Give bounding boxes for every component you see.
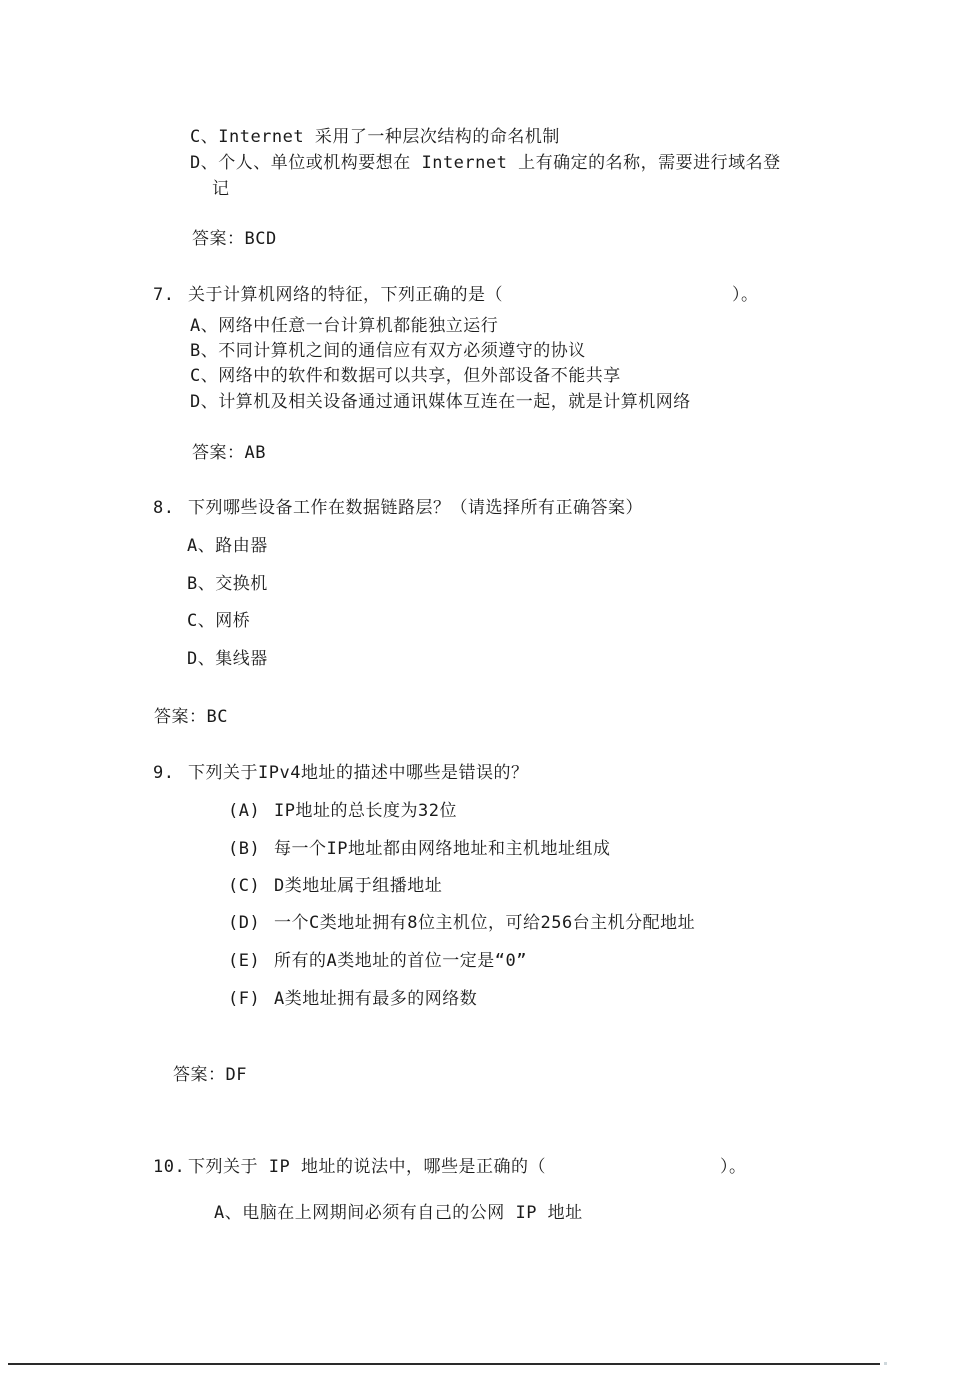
q10-stem-close: ）。 bbox=[720, 1156, 747, 1178]
q7-option-a: A、网络中任意一台计算机都能独立运行 bbox=[190, 315, 498, 337]
q6-option-c: C、Internet 采用了一种层次结构的命名机制 bbox=[190, 126, 560, 148]
q8-answer: 答案：BC bbox=[154, 706, 228, 728]
page-footer-mark bbox=[884, 1362, 887, 1365]
q10-stem: 下列关于 IP 地址的说法中，哪些是正确的（ bbox=[188, 1156, 546, 1178]
q9-option-d-text: 一个C类地址拥有8位主机位，可给256台主机分配地址 bbox=[274, 912, 695, 934]
q8-option-b: B、交换机 bbox=[187, 573, 268, 595]
q10-option-a: A、电脑在上网期间必须有自己的公网 IP 地址 bbox=[214, 1202, 583, 1224]
q9-option-a-text: IP地址的总长度为32位 bbox=[274, 800, 457, 822]
q8-option-c: C、网桥 bbox=[187, 610, 250, 632]
q7-answer: 答案：AB bbox=[192, 442, 266, 464]
q9-option-a-key: (A) bbox=[228, 800, 260, 822]
q9-option-e-key: (E) bbox=[228, 950, 260, 972]
q8-option-a: A、路由器 bbox=[187, 535, 268, 557]
q7-option-b: B、不同计算机之间的通信应有双方必须遵守的协议 bbox=[190, 340, 586, 362]
q10-number: 10. bbox=[153, 1156, 185, 1178]
q9-option-e-text: 所有的A类地址的首位一定是“0” bbox=[274, 950, 527, 972]
q6-option-d: D、个人、单位或机构要想在 Internet 上有确定的名称，需要进行域名登 bbox=[190, 152, 781, 174]
q7-number: 7. bbox=[153, 284, 174, 306]
q9-option-b-key: (B) bbox=[228, 838, 260, 860]
q9-stem: 下列关于IPv4地址的描述中哪些是错误的？ bbox=[188, 762, 528, 784]
q9-option-f-key: (F) bbox=[228, 988, 260, 1010]
q6-answer: 答案：BCD bbox=[192, 228, 277, 250]
page-footer-rule bbox=[8, 1363, 880, 1365]
q9-answer: 答案：DF bbox=[173, 1064, 247, 1086]
q7-stem: 关于计算机网络的特征，下列正确的是（ bbox=[188, 284, 503, 306]
q9-option-c-key: (C) bbox=[228, 875, 260, 897]
q9-option-c-text: D类地址属于组播地址 bbox=[274, 875, 442, 897]
q7-stem-close: ）。 bbox=[732, 284, 759, 306]
q6-option-d-continuation: 记 bbox=[212, 178, 230, 200]
q9-option-d-key: (D) bbox=[228, 912, 260, 934]
q8-stem: 下列哪些设备工作在数据链路层？（请选择所有正确答案） bbox=[188, 497, 643, 519]
q7-option-c: C、网络中的软件和数据可以共享，但外部设备不能共享 bbox=[190, 365, 621, 387]
q9-option-b-text: 每一个IP地址都由网络地址和主机地址组成 bbox=[274, 838, 610, 860]
q9-number: 9. bbox=[153, 762, 174, 784]
q9-option-f-text: A类地址拥有最多的网络数 bbox=[274, 988, 477, 1010]
q8-number: 8. bbox=[153, 497, 174, 519]
q7-option-d: D、计算机及相关设备通过通讯媒体互连在一起，就是计算机网络 bbox=[190, 391, 691, 413]
q8-option-d: D、集线器 bbox=[187, 648, 268, 670]
